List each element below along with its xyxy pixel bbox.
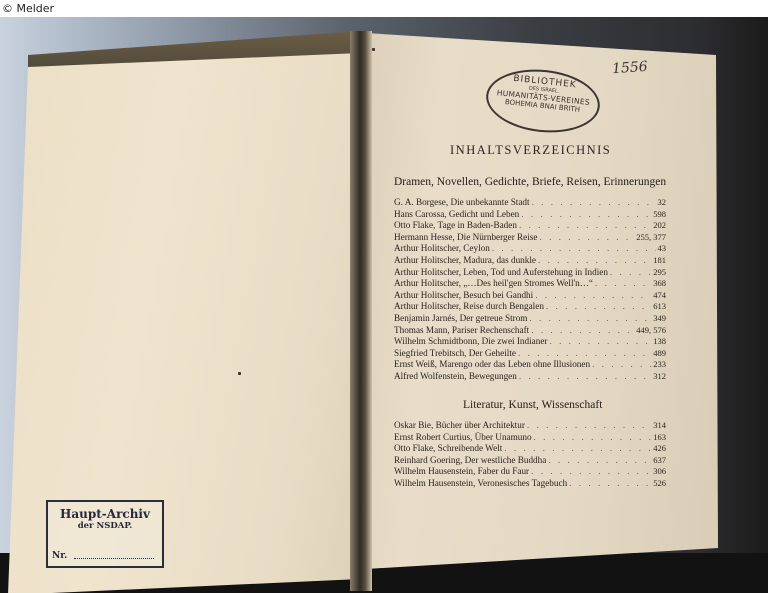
archive-stamp: Haupt-Archiv der NSDAP. Nr. xyxy=(46,500,164,568)
toc-entry: Reinhard Goering, Der westliche Buddha63… xyxy=(394,455,666,467)
toc-entry: Wilhelm Schmidtbonn, Die zwei Indianer13… xyxy=(394,336,666,348)
toc-entry: Siegfried Trebitsch, Der Geheilte489 xyxy=(394,348,666,360)
leader-dots xyxy=(521,209,651,221)
credit-caption: © Melder xyxy=(0,0,768,17)
entry-title: Benjamin Jarnés, Der getreue Strom xyxy=(394,313,527,325)
leader-dots xyxy=(527,420,651,432)
toc-entry: Wilhelm Hausenstein, Veronesisches Tageb… xyxy=(394,478,666,490)
entry-page: 202 xyxy=(653,220,666,232)
entry-page: 181 xyxy=(653,255,666,267)
entry-title: Alfred Wolfenstein, Bewegungen xyxy=(394,371,517,383)
entry-title: Siegfried Trebitsch, Der Geheilte xyxy=(394,348,516,360)
leader-dots xyxy=(492,243,656,255)
archive-stamp-number-line xyxy=(74,558,154,559)
leader-dots xyxy=(535,290,651,302)
leader-dots xyxy=(531,325,634,337)
leader-dots xyxy=(518,348,651,360)
entry-page: 349 xyxy=(653,313,666,325)
leader-dots xyxy=(534,432,652,444)
entry-page: 489 xyxy=(653,348,666,360)
toc-entry: Otto Flake, Schreibende Welt426 xyxy=(394,443,666,455)
toc-entry: Arthur Holitscher, Besuch bei Gandhi474 xyxy=(394,290,666,302)
entry-title: G. A. Borgese, Die unbekannte Stadt xyxy=(394,197,530,209)
toc-entry: Ernst Weiß, Marengo oder das Leben ohne … xyxy=(394,359,666,371)
entry-page: 138 xyxy=(653,336,666,348)
toc-entry: Wilhelm Hausenstein, Faber du Faur306 xyxy=(394,466,666,478)
archive-stamp-line2: der NSDAP. xyxy=(48,521,162,531)
entry-page: 526 xyxy=(653,478,666,490)
toc-list-section-1: G. A. Borgese, Die unbekannte Stadt32 Ha… xyxy=(394,197,666,383)
entry-page: 306 xyxy=(653,466,666,478)
toc-entry: Arthur Holitscher, Reise durch Bengalen6… xyxy=(394,301,666,313)
leader-dots xyxy=(531,466,651,478)
entry-page: 255, 377 xyxy=(636,232,666,244)
toc-entry: Hermann Hesse, Die Nürnberger Reise255, … xyxy=(394,232,666,244)
entry-title: Otto Flake, Tage in Baden-Baden xyxy=(394,220,517,232)
entry-page: 295 xyxy=(653,267,666,279)
entry-page: 368 xyxy=(653,278,666,290)
leader-dots xyxy=(592,359,651,371)
entry-title: Oskar Bie, Bücher über Architektur xyxy=(394,420,525,432)
toc-entry: Arthur Holitscher, Ceylon43 xyxy=(394,243,666,255)
toc-entry: Thomas Mann, Pariser Rechenschaft449, 57… xyxy=(394,325,666,337)
leader-dots xyxy=(538,255,651,267)
paper-speck xyxy=(372,48,375,51)
toc-entry: Hans Carossa, Gedicht und Leben598 xyxy=(394,209,666,221)
archive-stamp-line1: Haupt-Archiv xyxy=(48,507,162,521)
entry-title: Arthur Holitscher, Reise durch Bengalen xyxy=(394,301,544,313)
entry-title: Arthur Holitscher, „…Des heil'gen Strome… xyxy=(394,278,593,290)
entry-title: Thomas Mann, Pariser Rechenschaft xyxy=(394,325,529,337)
leader-dots xyxy=(595,278,651,290)
entry-page: 598 xyxy=(653,209,666,221)
section-heading: Literatur, Kunst, Wissenschaft xyxy=(463,399,602,411)
toc-list-section-2: Oskar Bie, Bücher über Architektur314 Er… xyxy=(394,420,666,490)
toc-entry: Arthur Holitscher, Madura, das dunkle181 xyxy=(394,255,666,267)
leader-dots xyxy=(504,443,651,455)
toc-title: INHALTSVERZEICHNIS xyxy=(450,143,611,158)
entry-title: Wilhelm Hausenstein, Faber du Faur xyxy=(394,466,529,478)
entry-page: 613 xyxy=(653,301,666,313)
entry-page: 163 xyxy=(653,432,666,444)
entry-page: 233 xyxy=(653,359,666,371)
toc-entry: Otto Flake, Tage in Baden-Baden202 xyxy=(394,220,666,232)
entry-title: Hans Carossa, Gedicht und Leben xyxy=(394,209,519,221)
entry-title: Arthur Holitscher, Madura, das dunkle xyxy=(394,255,536,267)
archive-stamp-number-label: Nr. xyxy=(52,551,67,561)
toc-entry: Benjamin Jarnés, Der getreue Strom349 xyxy=(394,313,666,325)
leader-dots xyxy=(519,220,651,232)
paper-speck xyxy=(238,372,241,375)
leader-dots xyxy=(549,336,651,348)
entry-title: Wilhelm Hausenstein, Veronesisches Tageb… xyxy=(394,478,567,490)
entry-title: Arthur Holitscher, Ceylon xyxy=(394,243,490,255)
leader-dots xyxy=(548,455,651,467)
toc-entry: Arthur Holitscher, Leben, Tod und Aufers… xyxy=(394,267,666,279)
entry-page: 449, 576 xyxy=(636,325,666,337)
entry-title: Hermann Hesse, Die Nürnberger Reise xyxy=(394,232,537,244)
leader-dots xyxy=(569,478,651,490)
entry-title: Otto Flake, Schreibende Welt xyxy=(394,443,502,455)
section-heading: Dramen, Novellen, Gedichte, Briefe, Reis… xyxy=(394,176,666,188)
entry-title: Ernst Weiß, Marengo oder das Leben ohne … xyxy=(394,359,590,371)
entry-page: 474 xyxy=(653,290,666,302)
toc-entry: Alfred Wolfenstein, Bewegungen312 xyxy=(394,371,666,383)
entry-page: 314 xyxy=(653,420,666,432)
entry-page: 312 xyxy=(653,371,666,383)
toc-entry: Ernst Robert Curtius, Über Unamuno163 xyxy=(394,432,666,444)
leader-dots xyxy=(529,313,651,325)
book-spine-gutter xyxy=(350,31,372,591)
entry-title: Reinhard Goering, Der westliche Buddha xyxy=(394,455,546,467)
entry-title: Wilhelm Schmidtbonn, Die zwei Indianer xyxy=(394,336,547,348)
toc-entry: Oskar Bie, Bücher über Architektur314 xyxy=(394,420,666,432)
handwritten-shelf-number: 1556 xyxy=(611,59,648,77)
leader-dots xyxy=(532,197,656,209)
entry-page: 32 xyxy=(658,197,667,209)
entry-page: 43 xyxy=(658,243,667,255)
toc-entry: G. A. Borgese, Die unbekannte Stadt32 xyxy=(394,197,666,209)
leader-dots xyxy=(610,267,651,279)
toc-entry: Arthur Holitscher, „…Des heil'gen Strome… xyxy=(394,278,666,290)
entry-page: 637 xyxy=(653,455,666,467)
entry-title: Arthur Holitscher, Leben, Tod und Aufers… xyxy=(394,267,608,279)
leader-dots xyxy=(539,232,634,244)
entry-page: 426 xyxy=(653,443,666,455)
leader-dots xyxy=(546,301,651,313)
entry-title: Ernst Robert Curtius, Über Unamuno xyxy=(394,432,532,444)
entry-title: Arthur Holitscher, Besuch bei Gandhi xyxy=(394,290,533,302)
leader-dots xyxy=(519,371,651,383)
